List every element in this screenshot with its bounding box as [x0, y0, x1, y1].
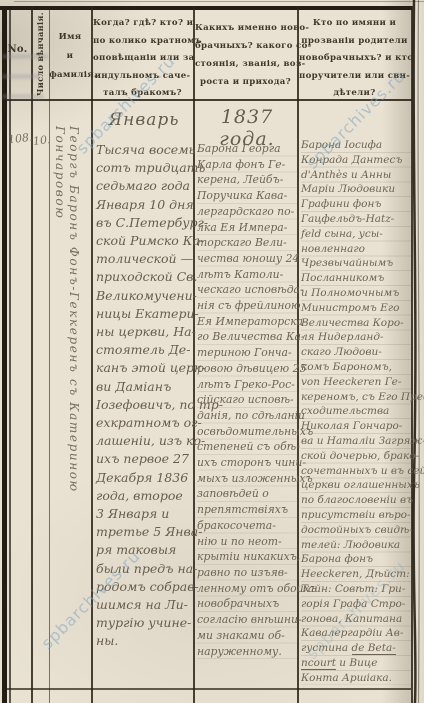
- text-line: Чрезвычайнымъ: [301, 256, 411, 271]
- column-line-1: [31, 6, 33, 703]
- text-line: ленному отъ обоихъ: [197, 581, 297, 597]
- text-line: новобрачныхъ: [197, 596, 297, 612]
- text-line: Гацфельдъ-Hatz-: [301, 212, 411, 227]
- text-line: ческаго исповѣда-: [197, 282, 297, 298]
- text-line: и: [49, 47, 91, 66]
- text-line: Ея Императорска-: [197, 314, 297, 330]
- column-header-wedding-day: Число вѣнчанія.: [31, 10, 49, 98]
- text-line: Тысяча восемь: [96, 141, 193, 159]
- text-line: керена, Лейбъ-: [197, 172, 297, 188]
- text-line: ви Даміанъ: [96, 378, 193, 396]
- text-line: Когда? гдѣ? кто? и: [93, 15, 192, 33]
- text-line: присутствіи вѣро-: [301, 508, 411, 523]
- text-line: Какихъ именно ново-: [195, 19, 296, 37]
- text-line: достойныхъ свидѣ-: [301, 523, 411, 538]
- text-line: брачныхъ? какого со-: [195, 37, 296, 55]
- text-line: Министромъ Его: [301, 301, 411, 316]
- text-line: приходской Св.: [96, 268, 193, 286]
- text-line: роста и прихода?: [195, 73, 296, 91]
- text-line: Посланникомъ: [301, 271, 411, 286]
- column-line-2: [49, 6, 50, 703]
- table-left-inner-border: [9, 6, 11, 703]
- text-line: скаго Людови-: [301, 345, 411, 360]
- text-line: прозваніи родители: [299, 33, 410, 51]
- text-line: ской дочерью, брако-: [301, 449, 411, 464]
- text-line: Барона Георга: [197, 141, 297, 157]
- table-right-border: [411, 6, 413, 703]
- text-line: нія съ фрейлиною: [197, 298, 297, 314]
- text-line: ихъ сторонъ чини-: [197, 455, 297, 471]
- text-line: данія, по сдѣланіи: [197, 408, 297, 424]
- entry-newlyweds-text: Барона ГеоргаКарла фонъ Ге-керена, Лейбъ…: [197, 141, 297, 659]
- text-line: Графини фонъ: [301, 197, 411, 212]
- text-line: освѣдомительныхъ: [197, 424, 297, 440]
- text-line: стоянія, званія, воз-: [195, 55, 296, 73]
- text-line: препятствіяхъ: [197, 502, 297, 518]
- text-line: Карла фонъ Ге-: [197, 157, 297, 173]
- text-line: Величества Коро-: [301, 316, 411, 331]
- text-line: Іозефовичъ, по тр-: [96, 396, 193, 414]
- text-line: мыхъ изложенныхъ: [197, 471, 297, 487]
- text-line: кереномъ, съ Его Прево-: [301, 390, 411, 405]
- text-line: Декабря 1836: [96, 469, 193, 487]
- page-top-edge: [14, 1, 424, 2]
- text-line: сотъ тридцать: [96, 159, 193, 177]
- text-line: заповѣдей о: [197, 486, 297, 502]
- text-line: ря таковыя: [96, 541, 193, 559]
- text-line: равно по изъяв-: [197, 565, 297, 581]
- text-line: фамилія.: [49, 66, 91, 85]
- text-line: и Полномочнымъ: [301, 286, 411, 301]
- text-line: лка Ея Импера-: [197, 220, 297, 236]
- text-line: телей: Людовика: [301, 538, 411, 553]
- text-line: Имя: [49, 28, 91, 47]
- text-line: согласію внѣшни-: [197, 612, 297, 628]
- text-line: года, второе: [96, 487, 193, 505]
- text-line: толической —: [96, 250, 193, 268]
- text-line: сходительства: [301, 404, 411, 419]
- text-line: въ С.Петербург-: [96, 214, 193, 232]
- text-line: ми знаками об-: [197, 628, 297, 644]
- text-line: крытіи никакихъ,: [197, 549, 297, 565]
- text-line: комъ Барономъ,: [301, 360, 411, 375]
- text-line: новобрачныхъ? и кто: [299, 50, 410, 68]
- text-line: Поручика Кава-: [197, 188, 297, 204]
- text-line: Конта Аршіака.: [301, 671, 411, 686]
- text-line: териною Гонча-: [197, 345, 297, 361]
- text-line: сочетанныхъ и въ сей: [301, 464, 411, 479]
- text-line: лашеніи, изъ ко-: [96, 432, 193, 450]
- text-line: сійскаго исповѣ-: [197, 392, 297, 408]
- text-line: лѣтъ Католи-: [197, 267, 297, 283]
- text-line: нію и по неот-: [197, 534, 297, 550]
- text-line: feld сына, усы-: [301, 227, 411, 242]
- text-line: третье 5 Янва-: [96, 523, 193, 541]
- text-line: бракосочета-: [197, 518, 297, 534]
- column-header-number: No.: [4, 44, 31, 55]
- text-line: ницы Екатери-: [96, 305, 193, 323]
- text-line: наруженному.: [197, 644, 297, 660]
- text-line: 3 Января и: [96, 505, 193, 523]
- column-line-4: [193, 6, 195, 703]
- text-line: Маріи Людовики: [301, 182, 411, 197]
- text-line: ля Нидерланд-: [301, 330, 411, 345]
- entry-row-separator: [4, 688, 411, 690]
- text-line: новленнаго: [301, 242, 411, 257]
- text-line: го Величества Ка-: [197, 329, 297, 345]
- text-line: ны.: [96, 632, 193, 650]
- text-line: ихъ первое 27: [96, 450, 193, 468]
- text-line: тургію учине-: [96, 614, 193, 632]
- text-line: von Heeckeren Ге-: [301, 375, 411, 390]
- text-line: ровою дѣвицею 25: [197, 361, 297, 377]
- text-line: седьмаго года: [96, 177, 193, 195]
- text-line: по колико кратномъ: [93, 33, 192, 51]
- table-top-border: [0, 6, 412, 10]
- text-line: степеней съ обѣ-: [197, 439, 297, 455]
- entry-names-vertical: Георгъ Баронъ Фонъ-Геккеренъ съ Катерино…: [59, 126, 81, 586]
- text-line: ны церкви, На-: [96, 323, 193, 341]
- text-line: канъ этой церк-: [96, 359, 193, 377]
- text-line: Кто по имяни и: [299, 15, 410, 33]
- text-line: Великомучени-: [96, 287, 193, 305]
- text-line: Николая Гончаро-: [301, 419, 411, 434]
- text-line: церкви оглашенныхъ: [301, 478, 411, 493]
- entry-wedding-day: 10.: [32, 133, 51, 148]
- entry-number: 108.: [7, 131, 33, 147]
- text-line: ской Римско Ка-: [96, 232, 193, 250]
- text-line: ехкратномъ ог-: [96, 414, 193, 432]
- column-header-newlyweds: Какихъ именно ново-брачныхъ? какого со-с…: [195, 19, 296, 91]
- column-header-name: Имяифамилія.: [49, 28, 91, 85]
- text-line: по благословеніи въ: [301, 493, 411, 508]
- text-line: торскаго Вели-: [197, 235, 297, 251]
- text-line: шимся на Ли-: [96, 596, 193, 614]
- text-line: лѣтъ Греко-Рос-: [197, 377, 297, 393]
- text-line: Января 10 дня: [96, 196, 193, 214]
- text-line: ва и Наталіи Загряж-: [301, 434, 411, 449]
- table-left-border: [2, 6, 7, 703]
- text-line: лергардскаго по-: [197, 204, 297, 220]
- text-line: стоятель Де-: [96, 341, 193, 359]
- text-line: чества юношу 24: [197, 251, 297, 267]
- register-page-scan: No. Число вѣнчанія. Имяифамилія. Когда? …: [0, 0, 424, 703]
